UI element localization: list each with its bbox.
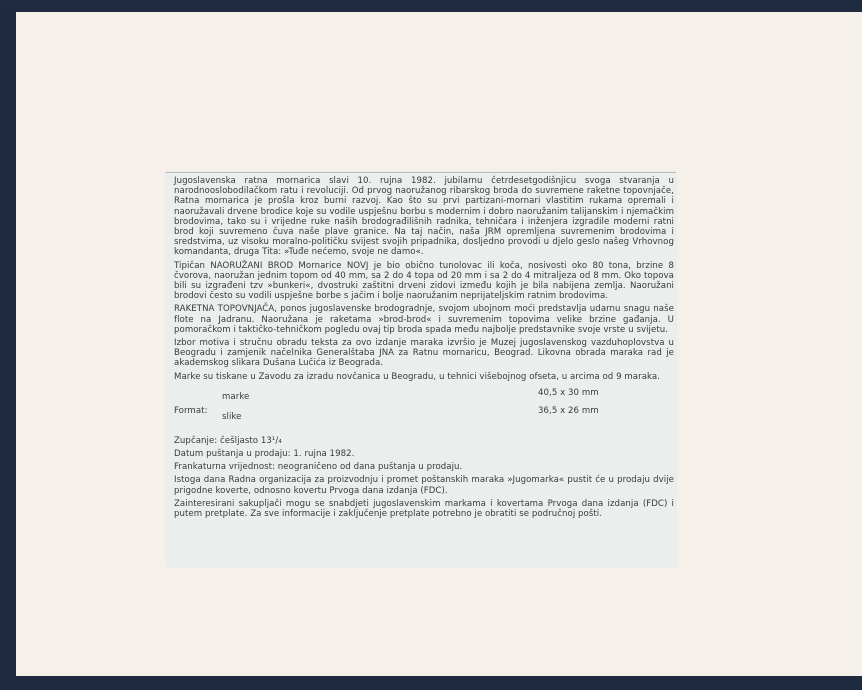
detail-perforation: Zupčanje: češljasto 13¹/₄	[174, 436, 674, 446]
info-card: Jugoslavenska ratna mornarica slavi 10. …	[166, 172, 676, 567]
format-slike-value: 36,5 x 26 mm	[538, 406, 599, 416]
format-marke-value: 40,5 x 30 mm	[538, 388, 599, 398]
detail-subscription: Zainteresirani sakupljači mogu se snabdj…	[174, 499, 674, 519]
frame-border-top	[0, 0, 862, 12]
paragraph-missile-boat: RAKETNA TOPOVNJAČA, ponos jugoslavenske …	[174, 304, 674, 335]
detail-release-date: Datum puštanja u prodaju: 1. rujna 1982.	[174, 449, 674, 459]
format-slike-label: slike	[222, 412, 241, 422]
paragraph-intro: Jugoslavenska ratna mornarica slavi 10. …	[174, 176, 674, 258]
format-table: Format: marke slike 40,5 x 30 mm 36,5 x …	[174, 388, 674, 432]
detail-fdc: Istoga dana Radna organizacija za proizv…	[174, 475, 674, 495]
paragraph-printing: Marke su tiskane u Zavodu za izradu novč…	[174, 372, 674, 382]
paragraph-armed-ship: Tipičan NAORUŽANI BROD Mornarice NOVJ je…	[174, 261, 674, 302]
details-list: Zupčanje: češljasto 13¹/₄ Datum puštanja…	[174, 436, 674, 519]
paragraph-credits: Izbor motiva i stručnu obradu teksta za …	[174, 338, 674, 369]
format-marke-label: marke	[222, 392, 249, 402]
format-label: Format:	[174, 406, 208, 416]
detail-validity: Frankaturna vrijednost: neograničeno od …	[174, 462, 674, 472]
card-text: Jugoslavenska ratna mornarica slavi 10. …	[174, 176, 674, 522]
